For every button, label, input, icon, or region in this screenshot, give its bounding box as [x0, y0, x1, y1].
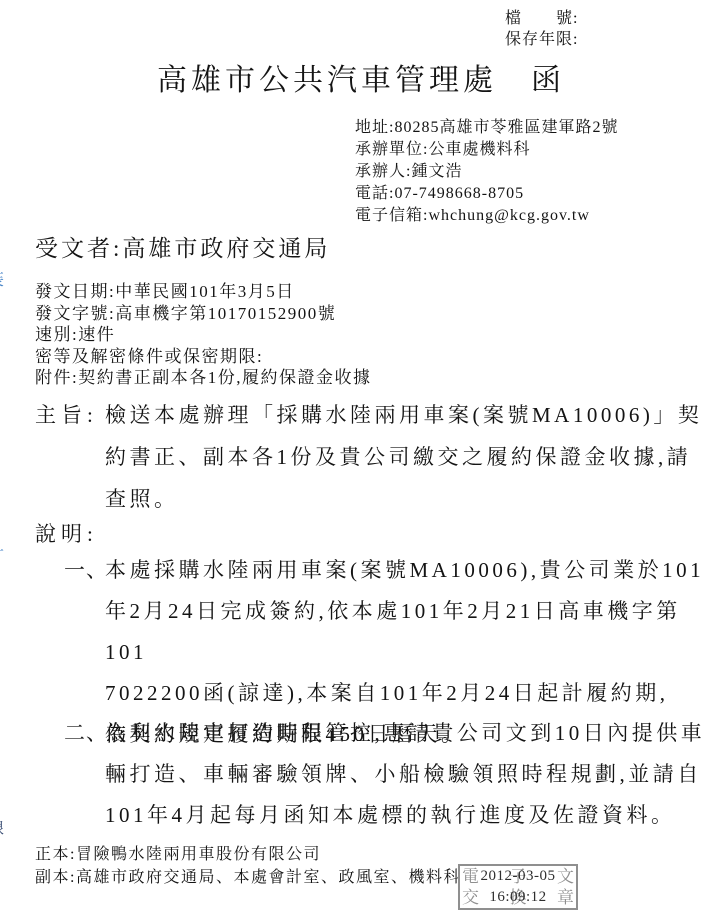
sender-email: 電子信箱:whchung@kcg.gov.tw	[355, 205, 618, 227]
subject-line: 約書正、副本各1份及貴公司繳交之履約保證金收據,請	[105, 436, 707, 478]
stamp-char: 章	[557, 887, 574, 908]
stamp-row-2: 交 換 章 16:09:12	[460, 887, 576, 908]
subject-section: 主旨: 檢送本處辦理「採購水陸兩用車案(案號MA10006)」契 約書正、副本各…	[35, 394, 707, 520]
archive-labels: 檔 號: 保存年限:	[505, 8, 578, 50]
recipient-line: 受文者:高雄市政府交通局	[35, 234, 330, 264]
item-line: 年2月24日完成簽約,依本處101年2月21日高車機字第101	[105, 591, 714, 673]
original-recipient-line: 正本:冒險鴨水陸兩用車股份有限公司	[35, 843, 461, 866]
stamp-char: 電	[462, 866, 479, 887]
item-line: 為利水陸車打造時程管控,惠請貴公司文到10日內提供車	[105, 713, 714, 754]
description-label: 說明:	[35, 514, 98, 555]
item-content: 為利水陸車打造時程管控,惠請貴公司文到10日內提供車 輛打造、車輛審驗領牌、小船…	[105, 713, 714, 836]
subject-label: 主旨:	[35, 394, 98, 436]
item-line: 本處採購水陸兩用車案(案號MA10006),貴公司業於101	[105, 550, 714, 591]
speed-class: 速別:速件	[35, 324, 371, 346]
stamp-row-1: 電 子 文 2012-03-05	[460, 866, 576, 887]
binding-margin-char: 線	[0, 819, 4, 838]
item-line: 101年4月起每月函知本處標的執行進度及佐證資料。	[105, 795, 714, 836]
copy-recipients-line: 副本:高雄市政府交通局、本處會計室、政風室、機料科	[35, 866, 461, 889]
page-title: 高雄市公共汽車管理處 函	[0, 55, 722, 99]
binding-margin-mark: 線	[0, 819, 5, 838]
subject-line: 查照。	[105, 478, 707, 520]
binding-margin-char: 裝	[0, 270, 4, 289]
retention-period-label: 保存年限:	[505, 29, 578, 50]
security-class: 密等及解密條件或保密期限:	[35, 346, 371, 368]
description-item-2: 二、 為利水陸車打造時程管控,惠請貴公司文到10日內提供車 輛打造、車輛審驗領牌…	[64, 713, 714, 836]
document-meta-block: 發文日期:中華民國101年3月5日 發文字號:高車機字第10170152900號…	[35, 281, 371, 389]
binding-margin-mark: 訂	[0, 548, 5, 567]
distribution-block: 正本:冒險鴨水陸兩用車股份有限公司 副本:高雄市政府交通局、本處會計室、政風室、…	[35, 843, 461, 889]
stamp-date: 2012-03-05	[481, 866, 556, 887]
file-number-label: 檔 號:	[505, 8, 578, 29]
sender-phone: 電話:07-7498668-8705	[355, 183, 618, 205]
item-line: 7022200函(諒達),本案自101年2月24日起計履約期,	[105, 673, 714, 714]
stamp-time: 16:09:12	[489, 887, 546, 908]
binding-margin-char: 訂	[0, 548, 4, 567]
issue-date: 發文日期:中華民國101年3月5日	[35, 281, 371, 303]
subject-content: 檢送本處辦理「採購水陸兩用車案(案號MA10006)」契 約書正、副本各1份及貴…	[105, 394, 707, 520]
item-marker: 一、	[64, 550, 108, 591]
sender-info-block: 地址:80285高雄市苓雅區建軍路2號 承辦單位:公車處機料科 承辦人:鍾文浩 …	[355, 117, 618, 227]
electronic-exchange-stamp: 電 子 文 2012-03-05 交 換 章 16:09:12	[458, 864, 578, 910]
document-number: 發文字號:高車機字第10170152900號	[35, 303, 371, 325]
sender-unit: 承辦單位:公車處機料科	[355, 139, 618, 161]
official-letter-page: 檔 號: 保存年限: 高雄市公共汽車管理處 函 地址:80285高雄市苓雅區建軍…	[0, 0, 722, 914]
sender-address: 地址:80285高雄市苓雅區建軍路2號	[355, 117, 618, 139]
item-marker: 二、	[64, 713, 108, 754]
attachment-line: 附件:契約書正副本各1份,履約保證金收據	[35, 367, 371, 389]
stamp-char: 交	[462, 887, 479, 908]
item-line: 輛打造、車輛審驗領牌、小船檢驗領照時程規劃,並請自	[105, 754, 714, 795]
binding-margin-mark: 裝	[0, 270, 5, 289]
subject-line: 檢送本處辦理「採購水陸兩用車案(案號MA10006)」契	[105, 394, 707, 436]
sender-contact-person: 承辦人:鍾文浩	[355, 161, 618, 183]
stamp-char: 文	[557, 866, 574, 887]
